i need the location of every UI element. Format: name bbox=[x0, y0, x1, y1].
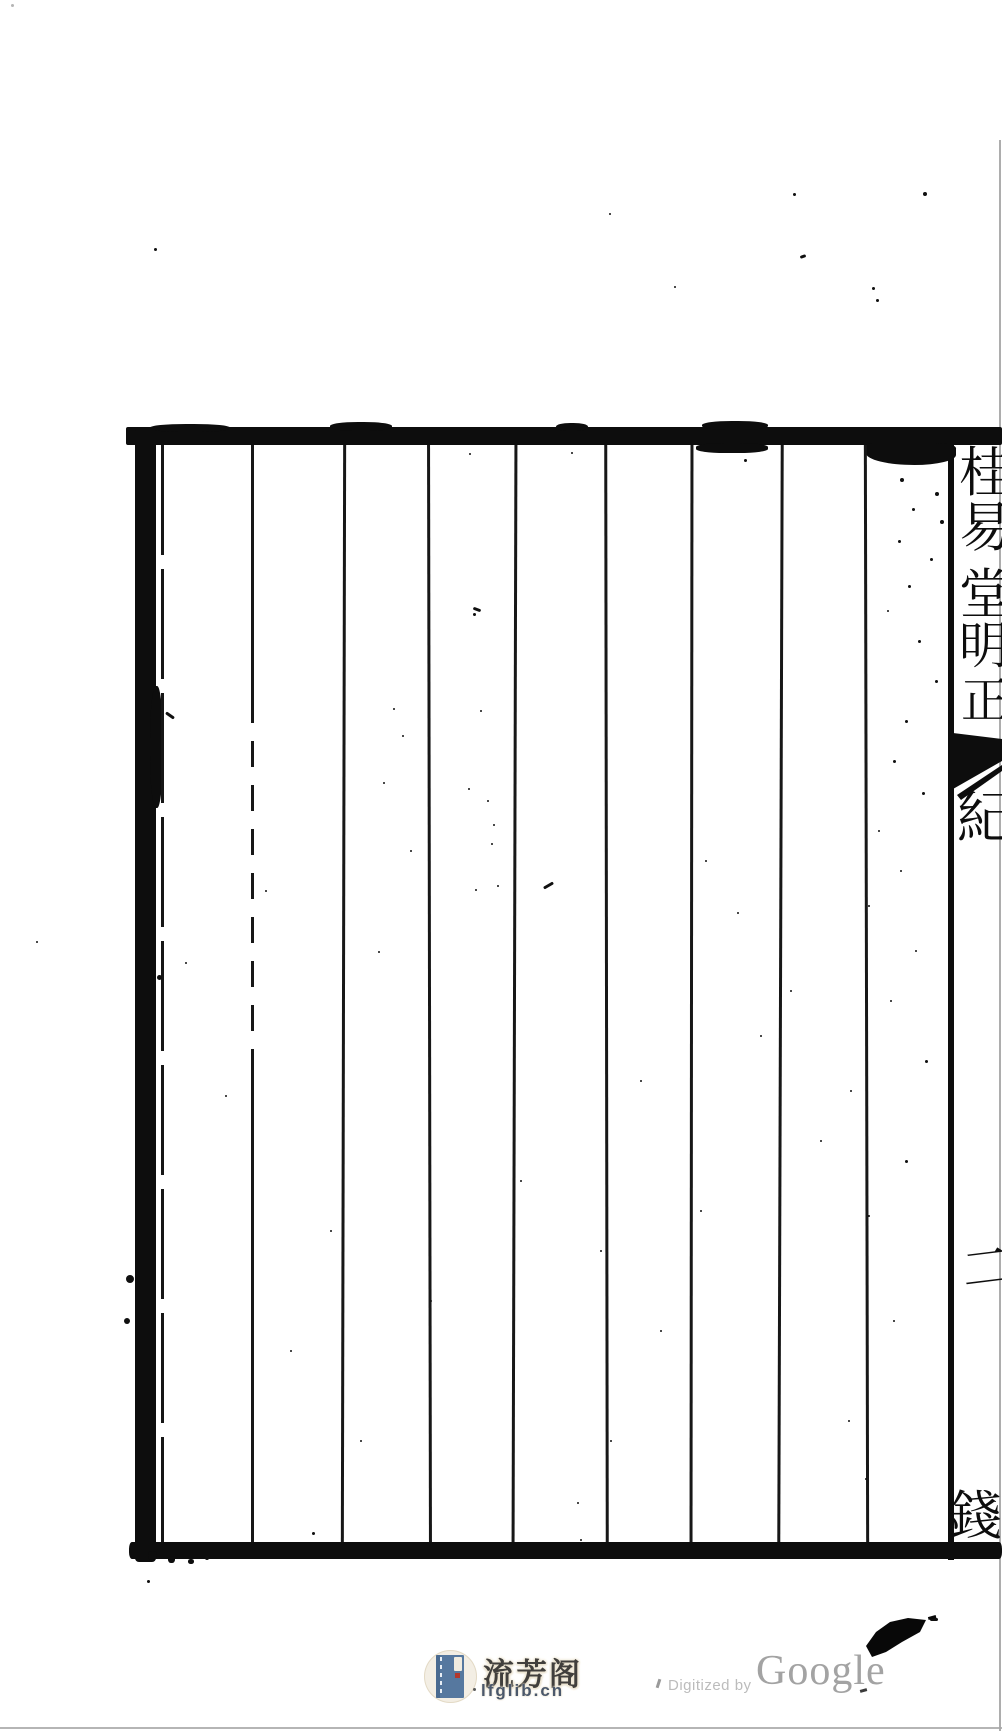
ink-speck bbox=[940, 520, 944, 524]
ink-speck bbox=[480, 710, 482, 712]
ink-hook-mark bbox=[543, 881, 554, 889]
column-rule bbox=[512, 445, 518, 1542]
ink-speck bbox=[744, 459, 747, 462]
ink-speck bbox=[36, 941, 38, 943]
frame-top-bump bbox=[556, 423, 588, 431]
ink-speck bbox=[265, 890, 267, 892]
ink-speck bbox=[640, 1080, 642, 1082]
ink-blob bbox=[860, 1612, 940, 1662]
ink-speck bbox=[402, 735, 404, 737]
frame-corner-blotch bbox=[866, 443, 956, 465]
ink-speck bbox=[898, 540, 901, 543]
margin-bottom-glyph: 錢 bbox=[949, 1490, 1002, 1543]
ink-speck bbox=[473, 613, 476, 616]
ink-speck bbox=[383, 782, 385, 784]
frame-bottom-border bbox=[129, 1542, 1002, 1559]
ink-speck bbox=[493, 824, 495, 826]
ink-speck bbox=[790, 990, 792, 992]
ink-speck bbox=[577, 1502, 579, 1504]
ink-speck bbox=[154, 248, 157, 251]
scanned-book-page: 桂 易 堂 明 正 紀 二 錢 流芳阁 lfglib.cn Digitized … bbox=[0, 0, 1002, 1731]
ink-speck bbox=[674, 286, 676, 288]
ink-speck bbox=[865, 1478, 867, 1480]
column-rule bbox=[777, 445, 783, 1542]
ink-speck bbox=[793, 193, 796, 196]
column-rule bbox=[251, 1057, 254, 1542]
ink-speck bbox=[893, 760, 896, 763]
frame-bottom-blob bbox=[148, 1551, 157, 1560]
margin-glyph: 明 bbox=[959, 621, 1002, 671]
ink-speck bbox=[850, 1090, 852, 1092]
ink-speck bbox=[905, 720, 908, 723]
ink-speck bbox=[905, 1160, 908, 1163]
book-title-label bbox=[454, 1657, 462, 1671]
book-red-seal bbox=[455, 1673, 460, 1678]
ink-speck bbox=[469, 453, 471, 455]
ink-speck bbox=[887, 610, 889, 612]
scan-edge-bottom bbox=[0, 1727, 1002, 1729]
ink-speck bbox=[126, 1275, 134, 1283]
ink-speck bbox=[660, 1330, 662, 1332]
column-rule bbox=[251, 445, 254, 697]
column-rule bbox=[251, 697, 254, 1057]
ink-speck bbox=[878, 830, 880, 832]
ink-speck bbox=[737, 912, 739, 914]
ink-hook-mark bbox=[165, 711, 175, 719]
ink-speck bbox=[600, 1250, 602, 1252]
watermark-site-url: lfglib.cn bbox=[481, 1681, 564, 1701]
frame-left-inner-rule bbox=[161, 445, 164, 1542]
watermark-dot bbox=[473, 1688, 476, 1691]
ink-speck bbox=[918, 640, 921, 643]
ink-speck bbox=[935, 680, 938, 683]
ink-speck bbox=[497, 885, 499, 887]
ink-speck bbox=[430, 1300, 432, 1302]
ink-hook-mark bbox=[473, 607, 482, 613]
ink-speck bbox=[876, 299, 879, 302]
frame-top-bump bbox=[150, 424, 230, 432]
ink-speck bbox=[922, 792, 925, 795]
ink-speck bbox=[580, 1539, 582, 1541]
frame-top-bump bbox=[330, 422, 392, 431]
ink-speck bbox=[185, 962, 187, 964]
page-number-glyph: 二 bbox=[959, 1240, 1002, 1296]
ink-speck bbox=[893, 1320, 895, 1322]
digitized-by-label: Digitized by bbox=[668, 1677, 752, 1694]
ink-speck bbox=[609, 213, 611, 215]
stray-tick-mark bbox=[656, 1679, 662, 1688]
book-icon bbox=[436, 1655, 464, 1698]
frame-top-underblob bbox=[696, 443, 768, 453]
ink-speck bbox=[925, 1060, 928, 1063]
ink-speck bbox=[124, 1318, 130, 1324]
ink-speck bbox=[157, 975, 162, 980]
column-rule bbox=[341, 445, 346, 1542]
ink-speck bbox=[225, 1095, 227, 1097]
ink-speck bbox=[571, 452, 573, 454]
ink-speck bbox=[378, 951, 380, 953]
ink-speck bbox=[520, 1180, 522, 1182]
ink-speck bbox=[848, 1420, 850, 1422]
ink-speck bbox=[147, 1580, 150, 1583]
ink-speck bbox=[610, 1440, 612, 1442]
watermark-logo bbox=[424, 1650, 477, 1703]
column-rule bbox=[864, 445, 869, 1542]
ink-speck bbox=[330, 1230, 332, 1232]
frame-top-bump bbox=[702, 421, 768, 430]
ink-speck bbox=[900, 478, 904, 482]
ink-speck bbox=[872, 287, 875, 290]
ink-speck bbox=[475, 889, 477, 891]
frame-right-border bbox=[948, 427, 954, 1560]
column-rule bbox=[604, 445, 609, 1542]
ink-speck bbox=[393, 708, 395, 710]
frame-bottom-blob bbox=[188, 1559, 194, 1564]
ink-speck bbox=[923, 192, 927, 196]
ink-speck bbox=[820, 1140, 822, 1142]
ink-speck bbox=[410, 850, 412, 852]
ink-speck bbox=[205, 1556, 209, 1560]
frame-bottom-blob bbox=[168, 1556, 175, 1563]
ink-speck bbox=[760, 1035, 762, 1037]
ink-hook-mark bbox=[800, 254, 807, 259]
scan-artifact-dot bbox=[11, 4, 14, 7]
margin-glyph: 易 bbox=[959, 501, 1002, 555]
ink-speck bbox=[312, 1532, 315, 1535]
ink-speck bbox=[487, 800, 489, 802]
ink-speck bbox=[930, 558, 933, 561]
ink-speck bbox=[868, 1215, 870, 1217]
ink-speck bbox=[700, 1210, 702, 1212]
ink-speck bbox=[360, 1440, 362, 1442]
column-rule bbox=[427, 445, 432, 1542]
ink-speck bbox=[915, 950, 917, 952]
book-stitch-decoration bbox=[440, 1657, 442, 1696]
ink-speck bbox=[468, 788, 470, 790]
margin-glyph: 桂 bbox=[959, 446, 1002, 500]
margin-glyph: 堂 bbox=[959, 568, 1002, 622]
ink-speck bbox=[908, 585, 911, 588]
ink-speck bbox=[705, 860, 707, 862]
ink-speck bbox=[890, 1000, 892, 1002]
frame-left-border bbox=[135, 427, 156, 1562]
margin-glyph: 正 bbox=[961, 677, 1002, 725]
ink-speck bbox=[912, 508, 915, 511]
column-rule bbox=[690, 445, 694, 1542]
margin-glyph-below-fishtail: 紀 bbox=[957, 791, 1002, 847]
ink-speck bbox=[900, 870, 902, 872]
ink-speck bbox=[868, 905, 870, 907]
ink-speck bbox=[290, 1350, 292, 1352]
ink-speck bbox=[935, 492, 939, 496]
ink-speck bbox=[491, 843, 493, 845]
